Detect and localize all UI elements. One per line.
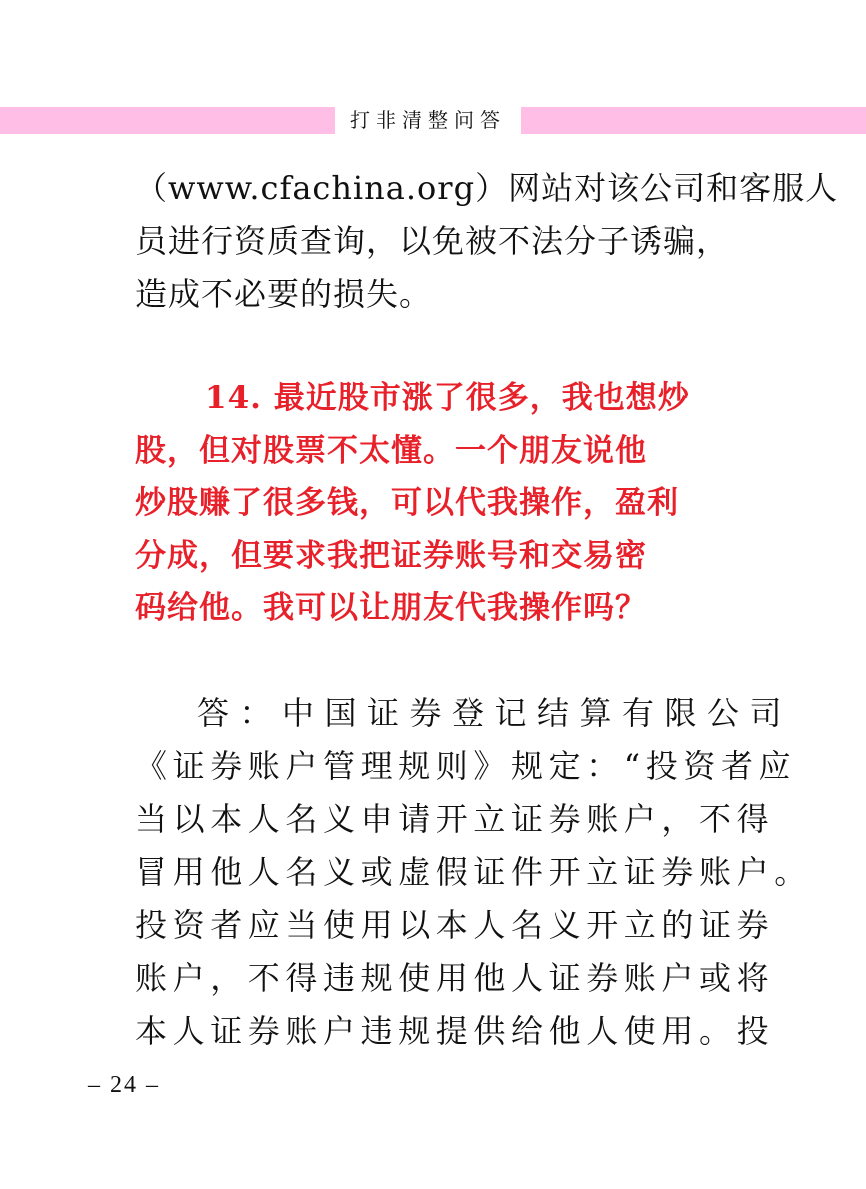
question-line: 码给他。我可以让朋友代我操作吗？ bbox=[135, 582, 725, 635]
question-line: 股，但对股票不太懂。一个朋友说他 bbox=[135, 425, 725, 478]
answer-line: 当以本人名义申请开立证券账户，不得 bbox=[135, 793, 725, 846]
running-header-title: 打非清整问答 bbox=[335, 104, 521, 137]
question-heading: 14. 最近股市涨了很多，我也想炒 股，但对股票不太懂。一个朋友说他 炒股赚了很… bbox=[135, 372, 725, 635]
answer-line: 账户，不得违规使用他人证券账户或将 bbox=[135, 952, 725, 1005]
page-number: – 24 – bbox=[88, 1070, 160, 1100]
intro-line: （www.cfachina.org）网站对该公司和客服人 bbox=[135, 162, 725, 215]
question-line: 炒股赚了很多钱，可以代我操作，盈利 bbox=[135, 477, 725, 530]
question-line-first: 14. 最近股市涨了很多，我也想炒 bbox=[135, 372, 725, 425]
answer-line: 答：中国证券登记结算有限公司 bbox=[135, 687, 725, 740]
header-bar-right bbox=[521, 107, 866, 134]
intro-line: 造成不必要的损失。 bbox=[135, 268, 725, 321]
intro-line: 员进行资质查询，以免被不法分子诱骗， bbox=[135, 215, 725, 268]
answer-paragraph: 答：中国证券登记结算有限公司 《证券账户管理规则》规定：“投资者应 当以本人名义… bbox=[135, 687, 725, 1058]
header-bar-left bbox=[0, 107, 335, 134]
question-number: 14. bbox=[205, 380, 262, 416]
intro-paragraph: （www.cfachina.org）网站对该公司和客服人 员进行资质查询，以免被… bbox=[135, 162, 725, 321]
question-line: 分成，但要求我把证券账号和交易密 bbox=[135, 530, 725, 583]
answer-line: 《证券账户管理规则》规定：“投资者应 bbox=[135, 740, 725, 793]
answer-line: 投资者应当使用以本人名义开立的证券 bbox=[135, 899, 725, 952]
answer-line: 本人证券账户违规提供给他人使用。投 bbox=[135, 1005, 725, 1058]
answer-line: 冒用他人名义或虚假证件开立证券账户。 bbox=[135, 846, 725, 899]
question-line: 最近股市涨了很多，我也想炒 bbox=[274, 380, 690, 416]
